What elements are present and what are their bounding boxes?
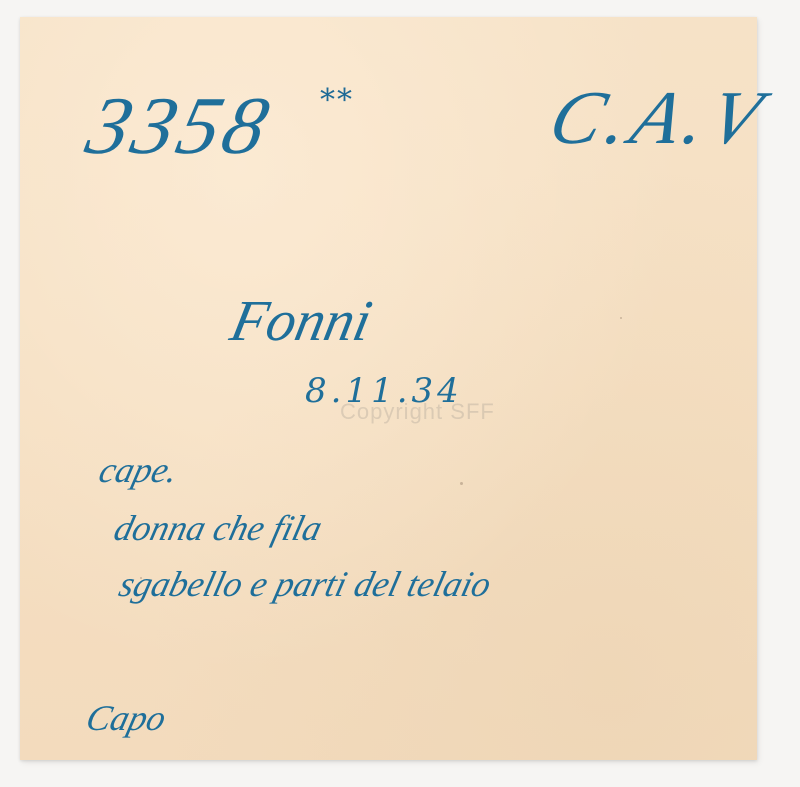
collection-code: C.A.V	[540, 75, 776, 162]
paper-speck	[140, 577, 142, 579]
paper-speck	[460, 482, 463, 485]
catalog-number: 3358	[78, 79, 281, 173]
catalog-marks: **	[320, 83, 354, 118]
signature: Capo	[82, 697, 170, 739]
note-line: cape.	[95, 449, 182, 491]
note-line: donna che fila	[110, 507, 326, 549]
copyright-watermark: Copyright SFF	[340, 399, 495, 425]
archival-card: 3358 ** C.A.V Fonni 8.11.34 Copyright SF…	[20, 17, 757, 760]
note-line: sgabello e parti del telaio	[115, 563, 495, 605]
paper-speck	[620, 317, 622, 319]
place-title: Fonni	[225, 287, 378, 354]
